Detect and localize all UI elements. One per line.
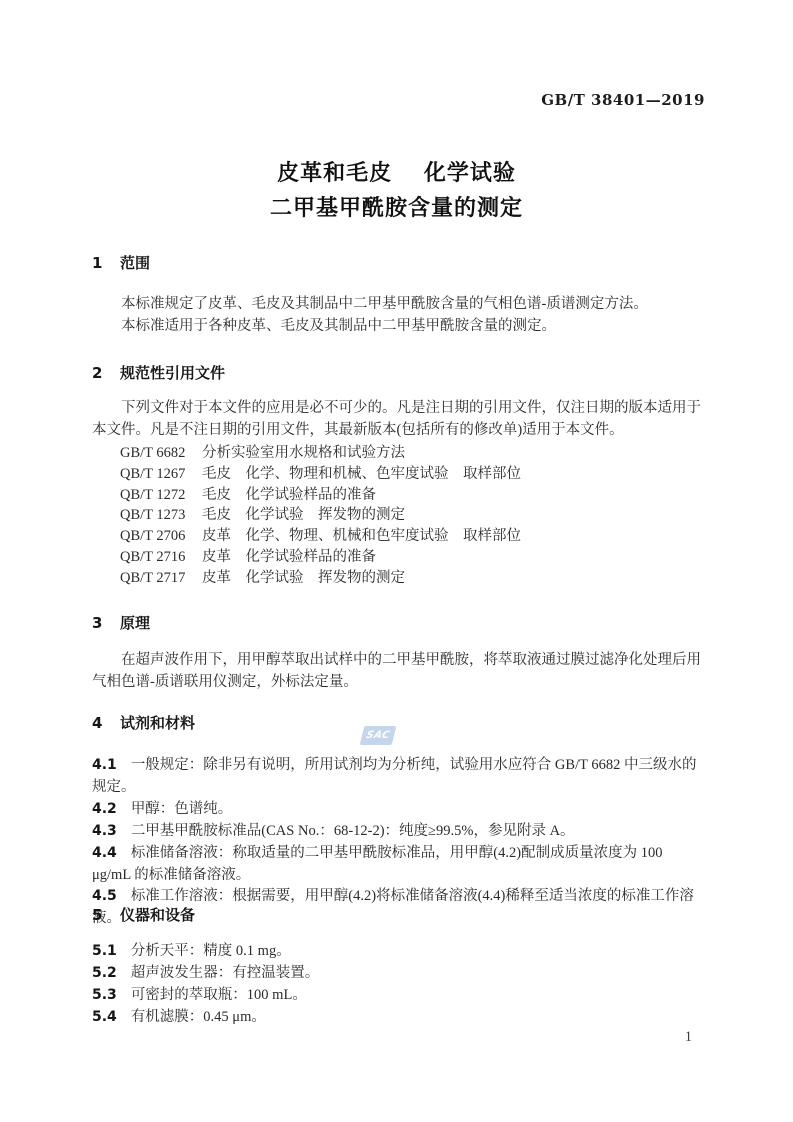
document-title-line2: 二甲基甲酰胺含量的测定 [0, 191, 793, 226]
section-heading-apparatus: 5仪器和设备 [92, 904, 704, 925]
item-text: 标准储备溶液：称取适量的二甲基甲酰胺标准品，用甲醇(4.2)配制成质量浓度为 1… [92, 845, 662, 883]
item-number: 4.5 [92, 888, 117, 904]
reference-item: QB/T 2706皮革 化学、物理、机械和色牢度试验 取样部位 [120, 526, 704, 547]
item-text: 有机滤膜：0.45 μm。 [131, 1009, 266, 1025]
reagent-item: 4.3二甲基甲酰胺标准品(CAS No.：68-12-2)：纯度≥99.5%，参… [92, 821, 704, 843]
reference-item: QB/T 2716皮革 化学试验样品的准备 [120, 547, 704, 568]
standard-code: GB/T 38401—2019 [541, 91, 705, 109]
principle-paragraph: 在超声波作用下，用甲醇萃取出试样中的二甲基甲酰胺，将萃取液通过膜过滤净化处理后用… [92, 649, 704, 693]
reference-title: 皮革 化学试验样品的准备 [202, 549, 376, 565]
scope-paragraph-1: 本标准规定了皮革、毛皮及其制品中二甲基甲酰胺含量的气相色谱-质谱测定方法。 [92, 293, 704, 315]
item-number: 4.3 [92, 823, 117, 839]
apparatus-item: 5.3可密封的萃取瓶：100 mL。 [92, 985, 704, 1007]
scope-paragraph-2: 本标准适用于各种皮革、毛皮及其制品中二甲基甲酰胺含量的测定。 [92, 315, 704, 337]
reagent-item: 4.1一般规定：除非另有说明，所用试剂均为分析纯，试验用水应符合 GB/T 66… [92, 755, 704, 799]
reagent-item: 4.2甲醇：色谱纯。 [92, 799, 704, 821]
reference-code: QB/T 1272 [120, 485, 202, 506]
reference-code: QB/T 2717 [120, 568, 202, 589]
reference-code: QB/T 2716 [120, 547, 202, 568]
reference-title: 毛皮 化学试验 挥发物的测定 [202, 507, 405, 523]
item-number: 5.2 [92, 965, 117, 981]
reference-title: 皮革 化学试验 挥发物的测定 [202, 570, 405, 586]
item-number: 5.3 [92, 987, 117, 1003]
reference-code: GB/T 6682 [120, 443, 202, 464]
document-title-line1: 皮革和毛皮 化学试验 [0, 156, 793, 191]
document-page: GB/T 38401—2019 皮革和毛皮 化学试验 二甲基甲酰胺含量的测定 1… [0, 0, 793, 1122]
item-number: 5.4 [92, 1009, 117, 1025]
reagent-item: 4.4标准储备溶液：称取适量的二甲基甲酰胺标准品，用甲醇(4.2)配制成质量浓度… [92, 843, 704, 887]
section-title: 试剂和材料 [120, 714, 195, 732]
item-number: 5.1 [92, 943, 117, 959]
normative-references-list: GB/T 6682分析实验室用水规格和试验方法 QB/T 1267毛皮 化学、物… [92, 443, 704, 589]
section-number: 5 [92, 906, 120, 924]
apparatus-item: 5.1分析天平：精度 0.1 mg。 [92, 941, 704, 963]
item-number: 4.2 [92, 801, 117, 817]
reference-item: GB/T 6682分析实验室用水规格和试验方法 [120, 443, 704, 464]
section-title: 范围 [120, 254, 150, 272]
reference-code: QB/T 2706 [120, 526, 202, 547]
principle-paragraphs: 在超声波作用下，用甲醇萃取出试样中的二甲基甲酰胺，将萃取液通过膜过滤净化处理后用… [92, 649, 704, 693]
section-heading-principle: 3原理 [92, 612, 704, 633]
reference-code: QB/T 1267 [120, 464, 202, 485]
reference-title: 皮革 化学、物理、机械和色牢度试验 取样部位 [202, 528, 521, 544]
section-heading-scope: 1范围 [92, 252, 704, 273]
reference-title: 毛皮 化学、物理和机械、色牢度试验 取样部位 [202, 466, 521, 482]
reference-item: QB/T 2717皮革 化学试验 挥发物的测定 [120, 568, 704, 589]
section-title: 原理 [120, 614, 150, 632]
item-text: 分析天平：精度 0.1 mg。 [131, 943, 291, 959]
item-number: 4.4 [92, 845, 117, 861]
section-heading-normative-references: 2规范性引用文件 [92, 362, 704, 383]
section-number: 2 [92, 364, 120, 382]
reference-item: QB/T 1267毛皮 化学、物理和机械、色牢度试验 取样部位 [120, 464, 704, 485]
reference-code: QB/T 1273 [120, 505, 202, 526]
reference-item: QB/T 1272毛皮 化学试验样品的准备 [120, 485, 704, 506]
item-text: 可密封的萃取瓶：100 mL。 [131, 987, 307, 1003]
section-number: 3 [92, 614, 120, 632]
item-number: 4.1 [92, 757, 117, 773]
item-text: 一般规定：除非另有说明，所用试剂均为分析纯，试验用水应符合 GB/T 6682 … [92, 757, 696, 795]
item-text: 甲醇：色谱纯。 [131, 801, 233, 817]
normative-references-intro: 下列文件对于本文件的应用是必不可少的。凡是注日期的引用文件，仅注日期的版本适用于… [92, 397, 704, 441]
apparatus-item: 5.2超声波发生器：有控温装置。 [92, 963, 704, 985]
reference-title: 毛皮 化学试验样品的准备 [202, 487, 376, 503]
references-intro-paragraph: 下列文件对于本文件的应用是必不可少的。凡是注日期的引用文件，仅注日期的版本适用于… [92, 397, 704, 441]
section-number: 4 [92, 714, 120, 732]
item-text: 超声波发生器：有控温装置。 [131, 965, 320, 981]
reference-title: 分析实验室用水规格和试验方法 [202, 445, 405, 461]
apparatus-item-list: 5.1分析天平：精度 0.1 mg。 5.2超声波发生器：有控温装置。 5.3可… [92, 941, 704, 1029]
reference-item: QB/T 1273毛皮 化学试验 挥发物的测定 [120, 505, 704, 526]
section-number: 1 [92, 254, 120, 272]
document-title: 皮革和毛皮 化学试验 二甲基甲酰胺含量的测定 [0, 156, 793, 226]
page-number: 1 [685, 1029, 692, 1046]
section-title: 规范性引用文件 [120, 364, 225, 382]
scope-paragraphs: 本标准规定了皮革、毛皮及其制品中二甲基甲酰胺含量的气相色谱-质谱测定方法。 本标… [92, 293, 704, 337]
apparatus-item: 5.4有机滤膜：0.45 μm。 [92, 1007, 704, 1029]
item-text: 二甲基甲酰胺标准品(CAS No.：68-12-2)：纯度≥99.5%，参见附录… [131, 823, 575, 839]
section-title: 仪器和设备 [120, 906, 195, 924]
section-heading-reagents: 4试剂和材料 [92, 712, 704, 733]
